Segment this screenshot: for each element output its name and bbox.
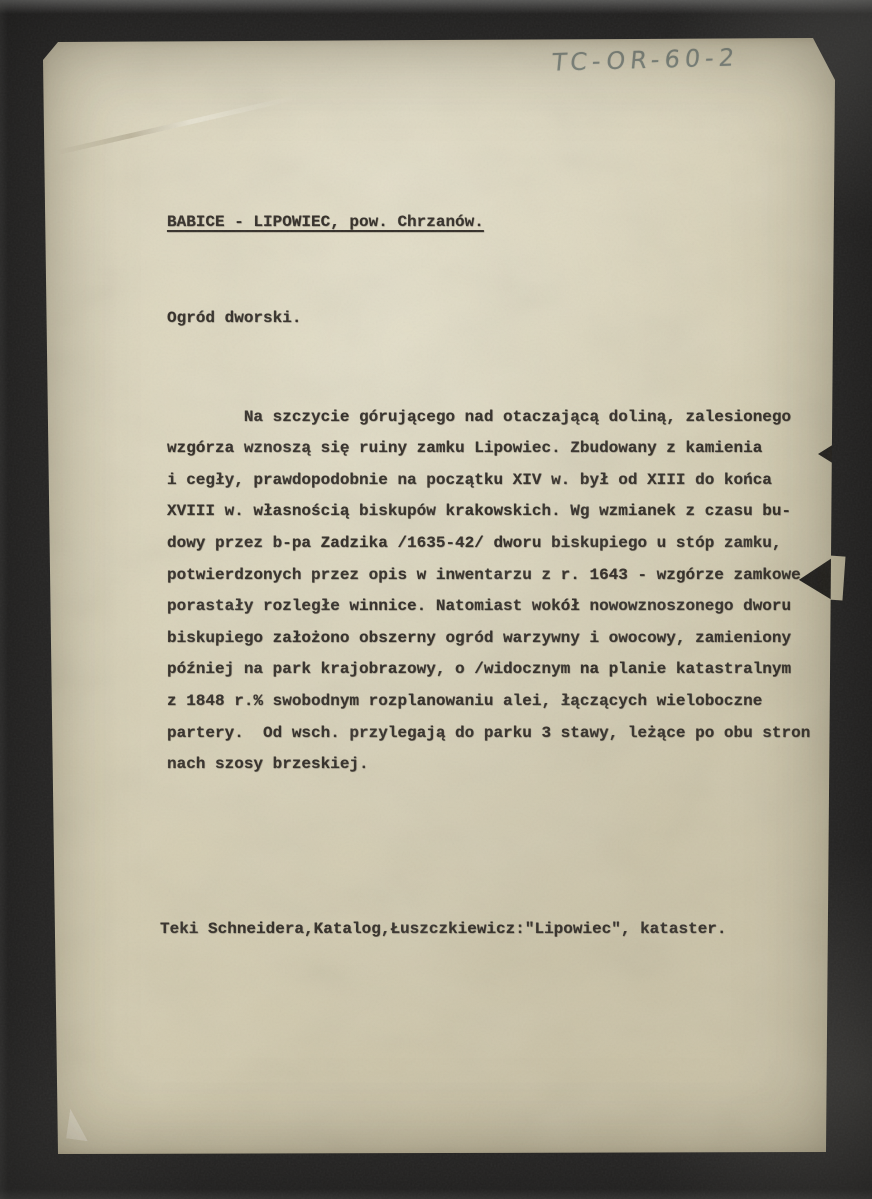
- text-line: nach szosy brzeskiej.: [167, 749, 867, 781]
- scanned-document-photo: TC-OR-60-2 BABICE - LIPOWIEC, pow. Chrza…: [0, 0, 872, 1199]
- document-body: Na szczycie górującego nad otaczającą do…: [167, 402, 867, 781]
- text-line: porastały rozległe winnice. Natomiast wo…: [167, 591, 867, 623]
- document-title: BABICE - LIPOWIEC, pow. Chrzanów.: [167, 207, 867, 240]
- text-line: biskupiego założono obszerny ogród warzy…: [167, 623, 867, 655]
- document-page: TC-OR-60-2 BABICE - LIPOWIEC, pow. Chrza…: [40, 38, 842, 1156]
- document-title-text: BABICE - LIPOWIEC, pow. Chrzanów.: [167, 207, 484, 239]
- paper-corner-fold: [66, 1109, 92, 1142]
- text-line: dowy przez b-pa Zadzika /1635-42/ dworu …: [167, 528, 867, 560]
- text-line: partery. Od wsch. przylegają do parku 3 …: [167, 718, 867, 750]
- text-line: Na szczycie górującego nad otaczającą do…: [167, 402, 867, 434]
- text-line: później na park krajobrazowy, o /widoczn…: [167, 654, 867, 686]
- archival-reference-code: TC-OR-60-2: [551, 43, 741, 76]
- text-line: potwierdzonych przez opis w inwentarzu z…: [167, 560, 867, 592]
- text-line: XVIII w. własnością biskupów krakowskich…: [167, 496, 867, 528]
- document-source-note: Teki Schneidera,Katalog,Łuszczkiewicz:"L…: [160, 914, 867, 946]
- text-line: z 1848 r.% swobodnym rozplanowaniu alei,…: [167, 686, 867, 718]
- text-line: i cegły, prawdopodobnie na początku XIV …: [167, 465, 867, 497]
- typewritten-text: BABICE - LIPOWIEC, pow. Chrzanów. Ogród …: [167, 144, 867, 1009]
- text-line: wzgórza wznoszą się ruiny zamku Lipowiec…: [167, 433, 867, 465]
- document-subtitle: Ogród dworski.: [167, 303, 867, 336]
